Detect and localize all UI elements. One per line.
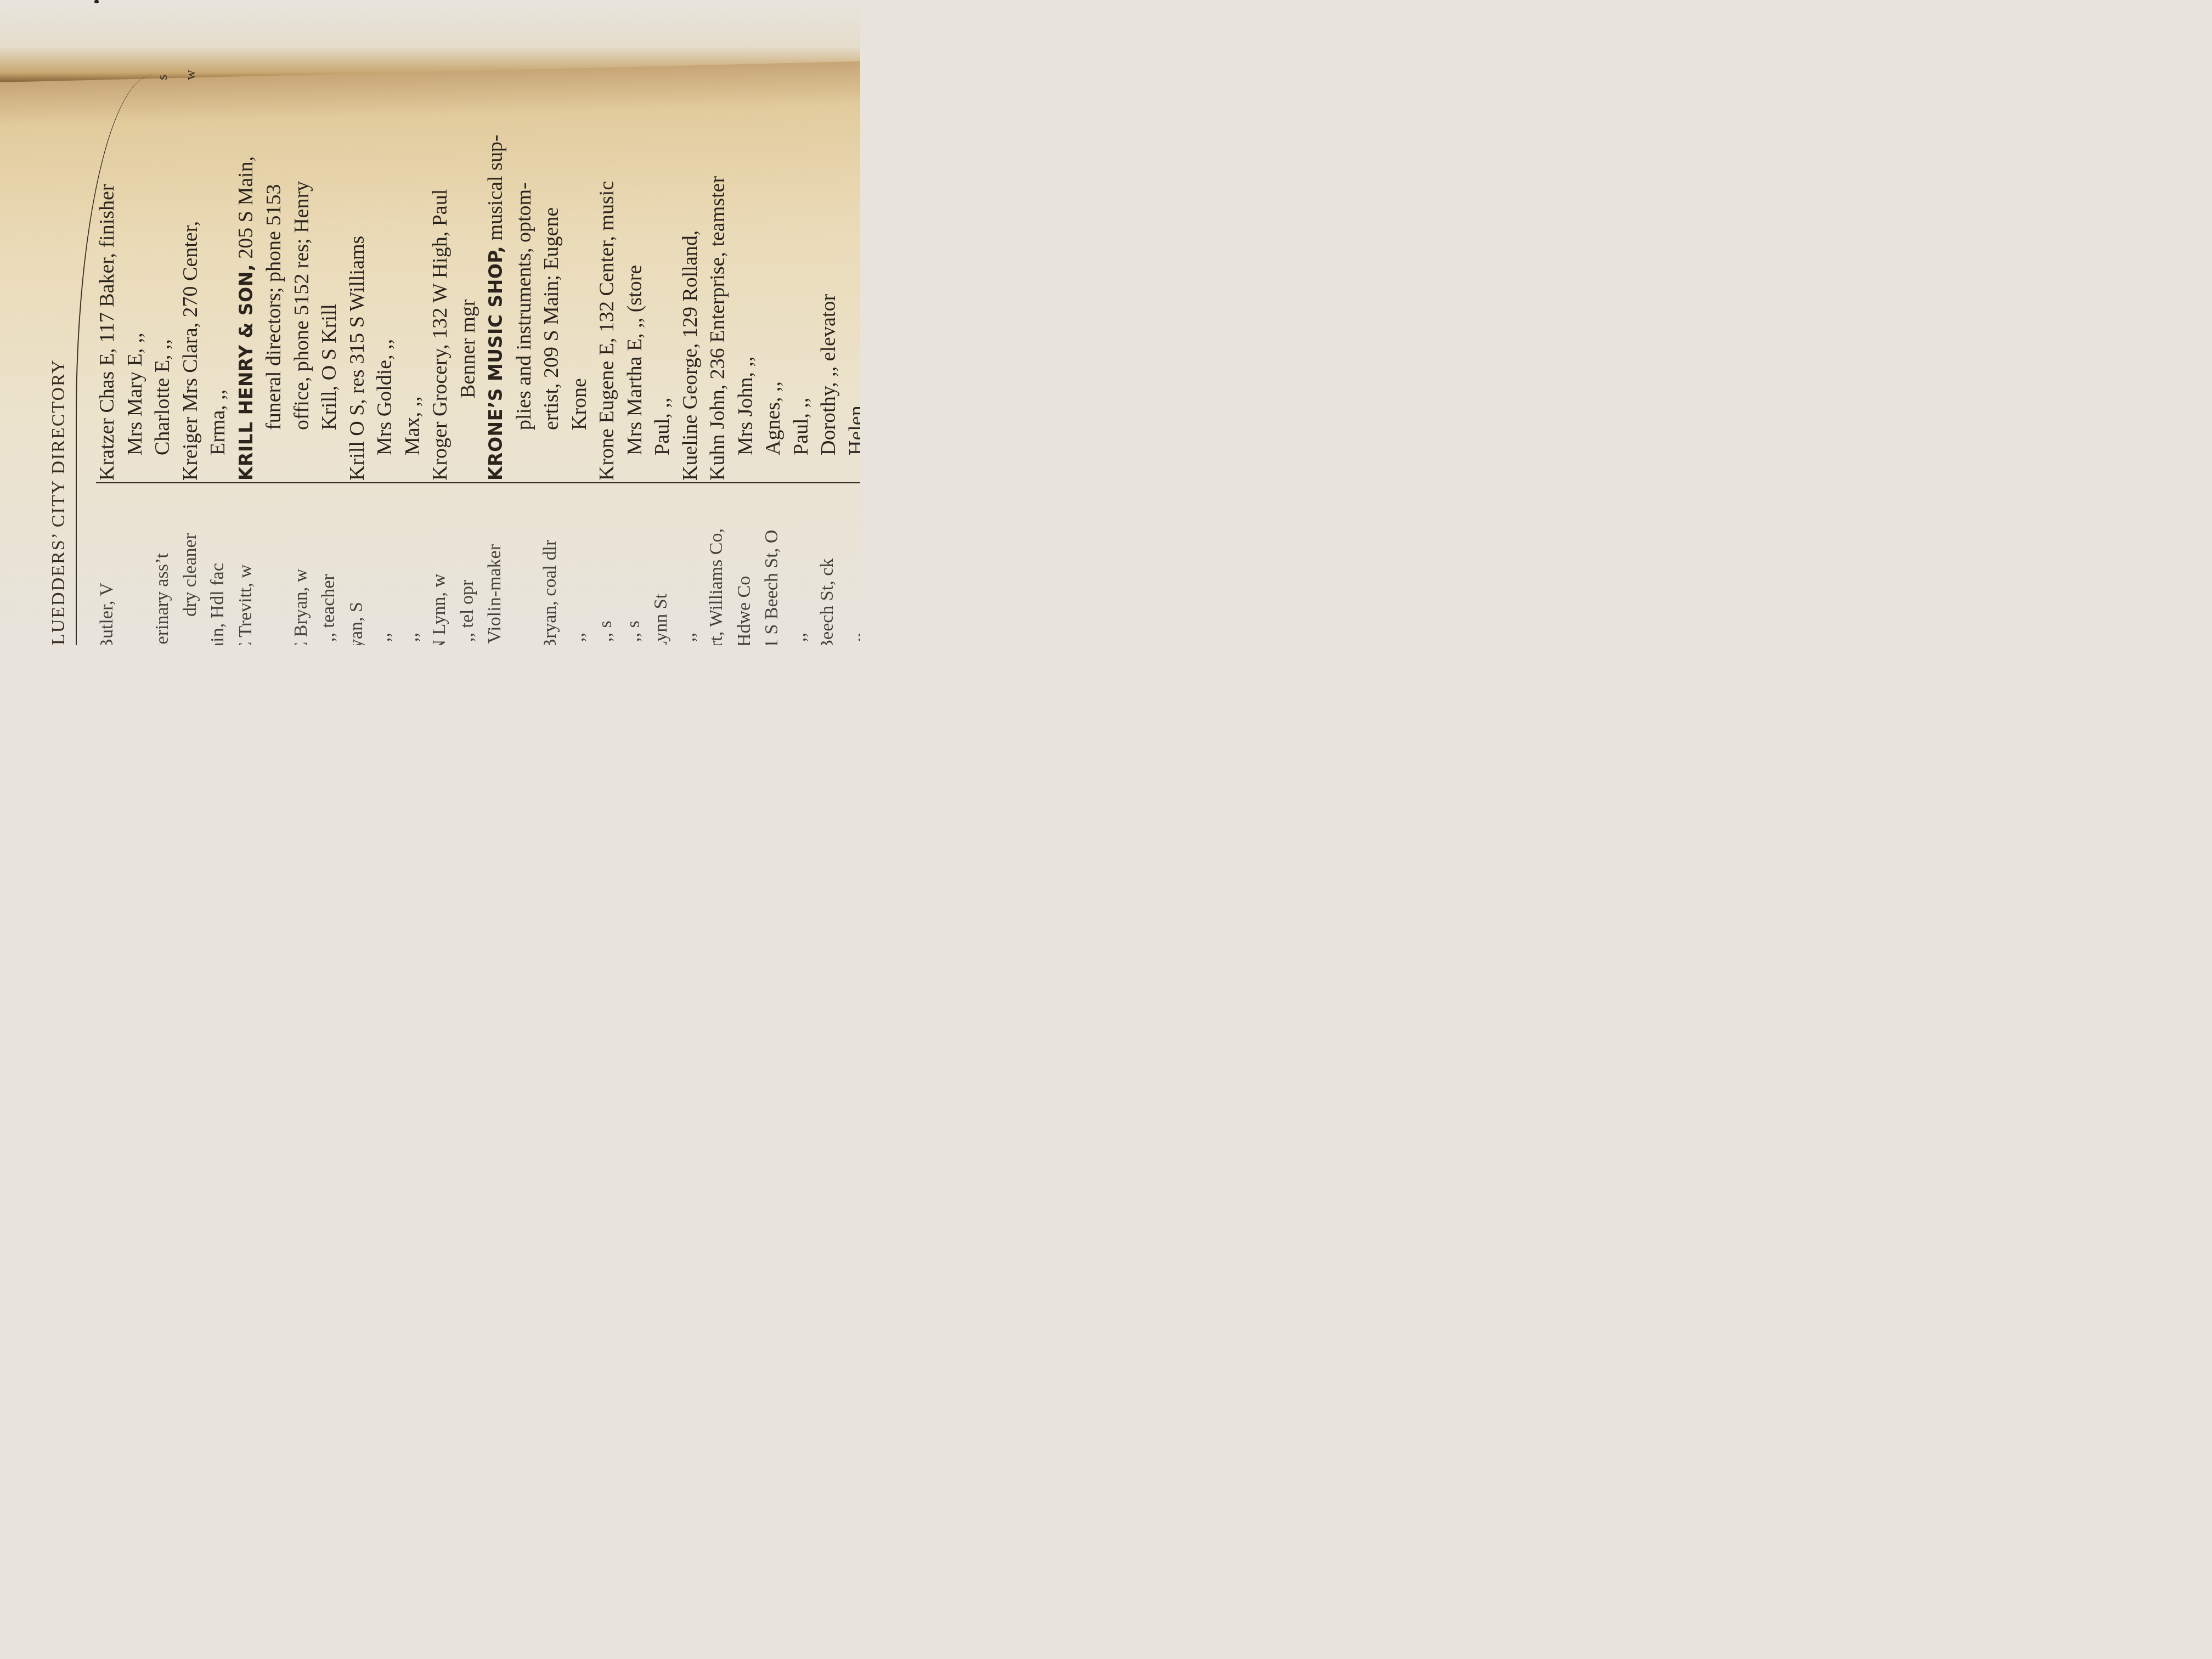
directory-entry: Mrs Mary E, ,,	[121, 86, 149, 481]
margin-fragment: s	[149, 70, 177, 80]
directory-entry: Kueline George, 129 Rolland,	[676, 86, 704, 481]
fragment: S Lynn St	[647, 481, 675, 645]
fragment: ,	[259, 481, 287, 645]
directory-entry: funeral directors; phone 5153	[260, 86, 288, 481]
directory-entry: Paul, ,,	[648, 86, 676, 481]
fragment: ,, teacher	[315, 481, 343, 645]
directory-entry: Kratzer Chas E, 117 Baker, finisher	[93, 86, 121, 481]
directory-entry: Krone Eugene E, 132 Center, music	[593, 86, 621, 481]
fragment	[121, 481, 149, 645]
fragment: 4 E Trevitt, w	[232, 481, 260, 645]
directory-entry: Kreiger Mrs Clara, 270 Center,	[177, 86, 205, 481]
fragment: ,,	[398, 481, 426, 645]
directory-entry: ertist, 209 S Main; Eugene	[538, 86, 566, 481]
fragment: ,,	[370, 481, 398, 645]
fragment: ,, tel opr	[454, 481, 482, 645]
fragment: ,, s	[592, 481, 620, 645]
fragment: Port, Williams Co,	[703, 481, 731, 645]
fragment: ,,	[675, 481, 703, 645]
directory-entry: Paul, ,,	[787, 86, 815, 481]
directory-entry: Mrs John, ,,	[732, 86, 760, 481]
fragment: E Butler, V	[93, 481, 121, 645]
directory-entry-business: KRONE’S MUSIC SHOP, musical sup-	[482, 86, 510, 481]
fragment: S Beech St, ck	[814, 481, 842, 645]
business-address: 205 S Main,	[234, 156, 257, 264]
business-name: KRONE’S MUSIC SHOP,	[485, 246, 506, 481]
fragment: 561 S Beech St, O	[758, 481, 786, 645]
margin-fragment	[121, 70, 149, 80]
directory-entry: Agnes, ,,	[759, 86, 787, 481]
running-head: LUEDDERS’ CITY DIRECTORY	[48, 359, 69, 645]
ink-mark	[94, 0, 99, 3]
fragment: veterinary ass’t	[149, 481, 177, 645]
fragment: in, Violin-maker	[481, 481, 509, 645]
directory-entry: Mrs Martha E, ,, (store	[621, 86, 649, 481]
business-name: KRILL HENRY & SON,	[235, 264, 257, 481]
margin-fragment	[93, 70, 121, 80]
fragment: ,,	[786, 481, 814, 645]
fragment: ,,	[842, 481, 861, 645]
directory-entry: Mrs Goldie, ,,	[371, 86, 399, 481]
directory-entry: Benner mgr	[454, 86, 482, 481]
fragment: ,,	[565, 481, 592, 645]
business-description: musical sup-	[484, 134, 507, 246]
directory-entry-business: KRILL HENRY & SON, 205 S Main,	[232, 86, 261, 481]
directory-entry: Erma, ,,	[204, 86, 232, 481]
fragment: 6 N Lynn, w	[426, 481, 454, 645]
fragment: E Bryan, coal dlr	[537, 481, 565, 645]
directory-page-content: LUEDDERS’ CITY DIRECTORY E Butler, V vet…	[33, 86, 856, 645]
main-column: Kratzer Chas E, 117 Baker, finisher Mrs …	[93, 86, 860, 481]
fragment: ,, (Hdwe Co	[731, 481, 759, 645]
directory-entry: Charlotte E, ,,	[149, 86, 177, 481]
directory-entry: Kuhn John, 236 Enterprise, teamster	[704, 86, 732, 481]
directory-entry: Helen, ,,	[843, 86, 861, 481]
directory-entry: Krill O S, res 315 S Williams	[343, 86, 371, 481]
left-column-fragments: E Butler, V veterinary ass’t dry cleaner…	[93, 481, 860, 645]
directory-entry: Dorothy, ,, elevator	[815, 86, 843, 481]
fragment: 1 E Bryan, w	[287, 481, 315, 645]
fragment: Main, Hdl fac	[204, 481, 232, 645]
directory-entry: Kroger Grocery, 132 W High, Paul	[426, 86, 454, 481]
directory-entry: plies and instruments, optom-	[510, 86, 538, 481]
margin-fragment: w	[177, 70, 205, 80]
right-margin-fragments: s w	[93, 70, 204, 80]
fragment: ,, s	[620, 481, 648, 645]
directory-entry: office, phone 5152 res; Henry	[288, 86, 316, 481]
fragment: dry cleaner	[177, 481, 205, 645]
directory-entry: Krill, O S Krill	[315, 86, 343, 481]
fragment: Bryan, S	[343, 481, 371, 645]
fragment	[509, 481, 537, 645]
directory-entry: Krone	[566, 86, 594, 481]
directory-entry: Max, ,,	[399, 86, 427, 481]
